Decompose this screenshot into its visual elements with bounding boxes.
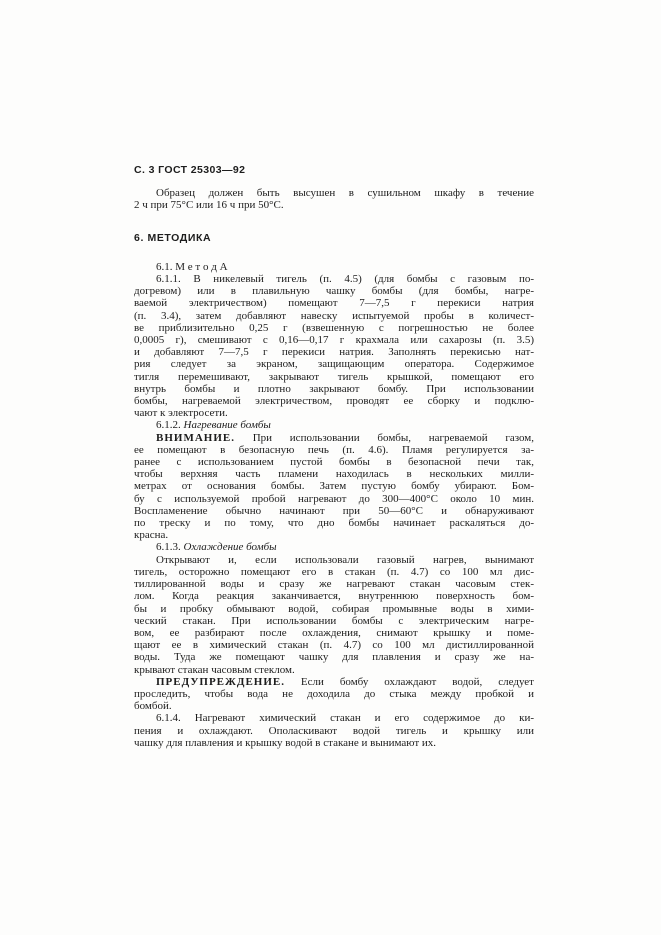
text-line: по треску и по тому, что дно бомбы начин… <box>134 517 534 529</box>
text-segment: 0,0005 г), смешивают с 0,16—0,17 г крахм… <box>134 334 534 346</box>
method-a-heading: 6.1. М е т о д А <box>134 261 534 273</box>
text-segment: 6.1. М е т о д А <box>156 261 228 273</box>
text-segment: ее помещают в безопасную печь (п. 4.6). … <box>134 444 534 456</box>
text-line: щают ее в химический стакан (п. 4.7) со … <box>134 639 534 651</box>
text-segment: бу с используемой пробой нагревают до 30… <box>134 493 534 505</box>
emphasis-segment: ПРЕДУПРЕЖДЕНИЕ. <box>156 676 285 688</box>
clause-6-1-1: 6.1.1. В никелевый тигель (п. 4.5) (для … <box>134 273 534 419</box>
text-segment: рия следует за экраном, защищающим опера… <box>134 358 534 370</box>
text-line: ваемой электричеством) помещают 7—7,5 г … <box>134 297 534 309</box>
text-segment: ваемой электричеством) помещают 7—7,5 г … <box>134 297 534 309</box>
text-segment: Открывают и, если использовали газовый н… <box>156 554 534 566</box>
text-line: и добавляют 7—7,5 г перекиси натрия. Зап… <box>134 346 534 358</box>
text-line: (п. 3.4), затем добавляют навеску испыту… <box>134 310 534 322</box>
text-segment: метрах от основания бомбы. Затем пустую … <box>134 480 534 492</box>
section-heading: 6. МЕТОДИКА <box>134 232 534 244</box>
text-segment: Воспламенение обычно начинают при 50—60°… <box>134 505 534 517</box>
text-line: ПРЕДУПРЕЖДЕНИЕ. Если бомбу охлаждают вод… <box>134 676 534 688</box>
text-line: ВНИМАНИЕ. При использовании бомбы, нагре… <box>134 432 534 444</box>
text-segment: 6.1.4. Нагревают химический стакан и его… <box>156 712 534 724</box>
clause-6-1-2-heading: 6.1.2. Нагревание бомбы <box>134 419 534 431</box>
text-line: крывают стакан часовым стеклом. <box>134 664 534 676</box>
text-line: ее помещают в безопасную печь (п. 4.6). … <box>134 444 534 456</box>
emphasis-segment: Нагревание бомбы <box>184 419 271 431</box>
text-segment: чашку для плавления и крышку водой в ста… <box>134 737 436 749</box>
document-text: Образец должен быть высушен в сушильном … <box>134 187 534 749</box>
text-segment: и добавляют 7—7,5 г перекиси натрия. Зап… <box>134 346 534 358</box>
intro-paragraph: Образец должен быть высушен в сушильном … <box>134 187 534 211</box>
text-line: ческий стакан. При использовании бомбы с… <box>134 615 534 627</box>
text-line: чашку для плавления и крышку водой в ста… <box>134 737 534 749</box>
text-line: Образец должен быть высушен в сушильном … <box>134 187 534 199</box>
text-segment: догревом) или в плавильную чашку бомбы (… <box>134 285 534 297</box>
warning-caution: ПРЕДУПРЕЖДЕНИЕ. Если бомбу охлаждают вод… <box>134 676 534 713</box>
text-line: внутрь бомбы и плотно закрывают бомбу. П… <box>134 383 534 395</box>
text-column: С. 3 ГОСТ 25303—92 Образец должен быть в… <box>134 164 534 749</box>
text-line: 2 ч при 75°С или 16 ч при 50°С. <box>134 199 534 211</box>
text-segment: бомбы, нагреваемой электричеством, прово… <box>134 395 534 407</box>
text-segment: внутрь бомбы и плотно закрывают бомбу. П… <box>134 383 534 395</box>
text-line: тигель, осторожно помещают его в стакан … <box>134 566 534 578</box>
text-segment: При использовании бомбы, нагреваемой газ… <box>235 432 534 444</box>
text-segment: ческий стакан. При использовании бомбы с… <box>134 615 534 627</box>
text-segment: чают к электросети. <box>134 407 228 419</box>
text-segment: воды. Туда же помещают чашку для плавлен… <box>134 651 534 663</box>
text-segment: пения и охлаждают. Ополаскивают водой ти… <box>134 725 534 737</box>
text-segment: 6.1.2. <box>156 419 184 431</box>
emphasis-segment: ВНИМАНИЕ. <box>156 432 235 444</box>
text-segment: проследить, чтобы вода не доходила до ст… <box>134 688 534 700</box>
text-line: воды. Туда же помещают чашку для плавлен… <box>134 651 534 663</box>
text-segment: вом, ее разбирают после охлаждения, сним… <box>134 627 534 639</box>
text-line: 6.1.3. Охлаждение бомбы <box>134 541 534 553</box>
text-segment: Образец должен быть высушен в сушильном … <box>156 187 534 199</box>
text-segment: ве приблизительно 0,25 г (взвешенную с п… <box>134 322 534 334</box>
text-line: 0,0005 г), смешивают с 0,16—0,17 г крахм… <box>134 334 534 346</box>
text-line: рия следует за экраном, защищающим опера… <box>134 358 534 370</box>
text-line: бы и пробку обмывают водой, собирая пром… <box>134 603 534 615</box>
emphasis-segment: Охлаждение бомбы <box>184 541 277 553</box>
text-segment: тиллированной воды и сразу же нагревают … <box>134 578 534 590</box>
text-segment: тигель, осторожно помещают его в стакан … <box>134 566 534 578</box>
running-header: С. 3 ГОСТ 25303—92 <box>134 164 534 176</box>
text-segment: бы и пробку обмывают водой, собирая пром… <box>134 603 534 615</box>
text-line: метрах от основания бомбы. Затем пустую … <box>134 480 534 492</box>
text-segment: (п. 3.4), затем добавляют навеску испыту… <box>134 310 534 322</box>
text-line: Воспламенение обычно начинают при 50—60°… <box>134 505 534 517</box>
text-line: чтобы верхняя часть пламени находилась в… <box>134 468 534 480</box>
text-line: 6.1.4. Нагревают химический стакан и его… <box>134 712 534 724</box>
text-segment: Если бомбу охлаждают водой, следует <box>285 676 534 688</box>
text-segment: бомбой. <box>134 700 172 712</box>
emphasis-segment: 6. МЕТОДИКА <box>134 232 211 244</box>
text-segment: 6.1.3. <box>156 541 184 553</box>
text-line: тиллированной воды и сразу же нагревают … <box>134 578 534 590</box>
clause-6-1-4: 6.1.4. Нагревают химический стакан и его… <box>134 712 534 749</box>
text-line: тигля перемешивают, закрывают тигель кры… <box>134 371 534 383</box>
text-line: 6. МЕТОДИКА <box>134 232 534 244</box>
text-line: 6.1.2. Нагревание бомбы <box>134 419 534 431</box>
text-line: вом, ее разбирают после охлаждения, сним… <box>134 627 534 639</box>
text-line: Открывают и, если использовали газовый н… <box>134 554 534 566</box>
text-segment: крывают стакан часовым стеклом. <box>134 664 295 676</box>
text-segment: красна. <box>134 529 168 541</box>
text-line: бу с используемой пробой нагревают до 30… <box>134 493 534 505</box>
text-line: чают к электросети. <box>134 407 534 419</box>
clause-6-1-3-body: Открывают и, если использовали газовый н… <box>134 554 534 676</box>
text-line: красна. <box>134 529 534 541</box>
text-segment: по треску и по тому, что дно бомбы начин… <box>134 517 534 529</box>
text-segment: чтобы верхняя часть пламени находилась в… <box>134 468 534 480</box>
text-segment: 6.1.1. В никелевый тигель (п. 4.5) (для … <box>156 273 534 285</box>
text-line: пения и охлаждают. Ополаскивают водой ти… <box>134 725 534 737</box>
text-line: 6.1. М е т о д А <box>134 261 534 273</box>
text-line: 6.1.1. В никелевый тигель (п. 4.5) (для … <box>134 273 534 285</box>
text-segment: лом. Когда реакция заканчивается, внутре… <box>134 590 534 602</box>
text-line: лом. Когда реакция заканчивается, внутре… <box>134 590 534 602</box>
text-line: ве приблизительно 0,25 г (взвешенную с п… <box>134 322 534 334</box>
clause-6-1-3-heading: 6.1.3. Охлаждение бомбы <box>134 541 534 553</box>
text-segment: 2 ч при 75°С или 16 ч при 50°С. <box>134 199 284 211</box>
text-segment: ранее с использованием пустой бомбы в бе… <box>134 456 534 468</box>
text-segment: тигля перемешивают, закрывают тигель кры… <box>134 371 534 383</box>
text-line: бомбы, нагреваемой электричеством, прово… <box>134 395 534 407</box>
text-line: проследить, чтобы вода не доходила до ст… <box>134 688 534 700</box>
text-line: ранее с использованием пустой бомбы в бе… <box>134 456 534 468</box>
text-line: догревом) или в плавильную чашку бомбы (… <box>134 285 534 297</box>
scanned-page: С. 3 ГОСТ 25303—92 Образец должен быть в… <box>0 0 661 935</box>
text-segment: щают ее в химический стакан (п. 4.7) со … <box>134 639 534 651</box>
text-line: бомбой. <box>134 700 534 712</box>
warning-attention: ВНИМАНИЕ. При использовании бомбы, нагре… <box>134 432 534 542</box>
